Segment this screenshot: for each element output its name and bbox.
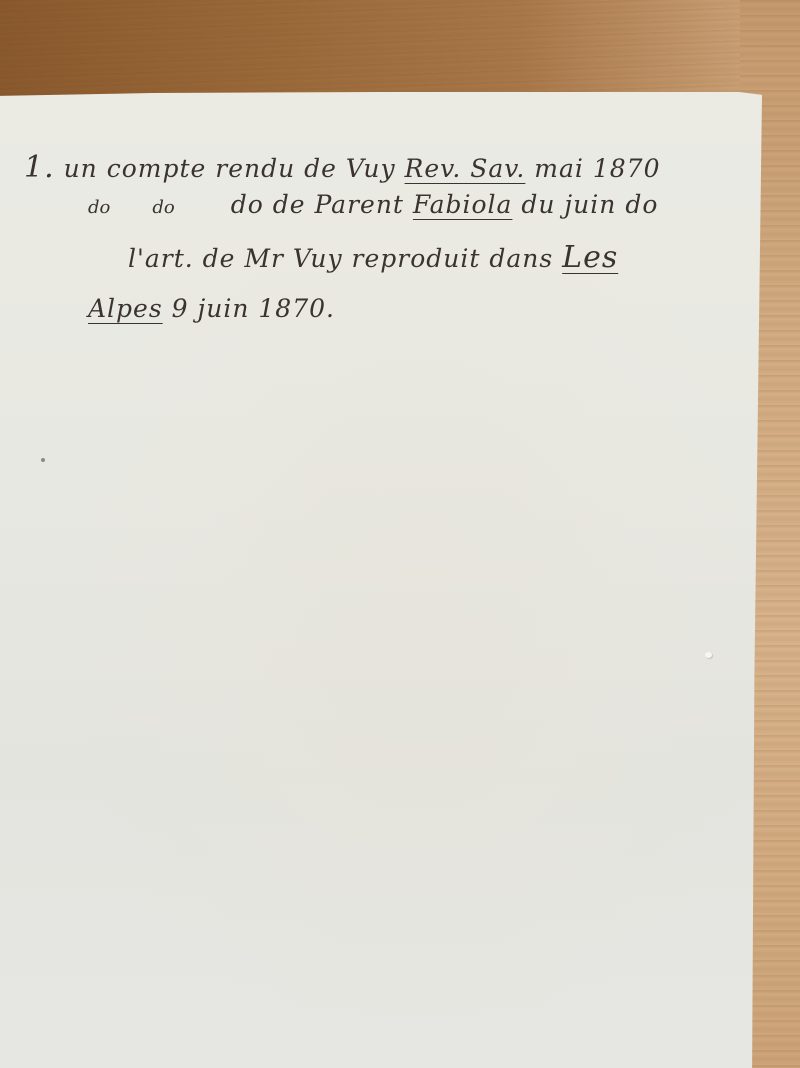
underlined-newspaper-name: Alpes <box>88 294 163 323</box>
ditto-mark: do <box>88 197 110 218</box>
manuscript-line-2: dododo de Parent Fabiola du juin do <box>88 190 658 219</box>
line-text: do de Parent <box>231 190 413 219</box>
underlined-journal-abbrev: Rev. Sav. <box>405 154 526 183</box>
ditto-mark: do <box>152 197 174 218</box>
underlined-newspaper-name: Les <box>562 240 618 275</box>
paper-bump <box>705 652 712 658</box>
item-number: 1. <box>24 150 55 185</box>
manuscript-line-3: l'art. de Mr Vuy reproduit dans Les <box>128 240 618 275</box>
paper-speck <box>41 458 45 462</box>
underlined-title: Fabiola <box>413 190 513 219</box>
manuscript-line-4: Alpes 9 juin 1870. <box>88 294 335 323</box>
line-text: du juin do <box>512 190 658 219</box>
line-date: 9 juin 1870. <box>163 294 335 323</box>
manuscript-line-1: 1. un compte rendu de Vuy Rev. Sav. mai … <box>24 150 660 185</box>
line-text: l'art. de Mr Vuy reproduit dans <box>128 244 562 273</box>
line-text: un compte rendu de Vuy <box>55 154 405 183</box>
manuscript-page <box>0 92 762 1068</box>
line-date: mai 1870 <box>525 154 660 183</box>
